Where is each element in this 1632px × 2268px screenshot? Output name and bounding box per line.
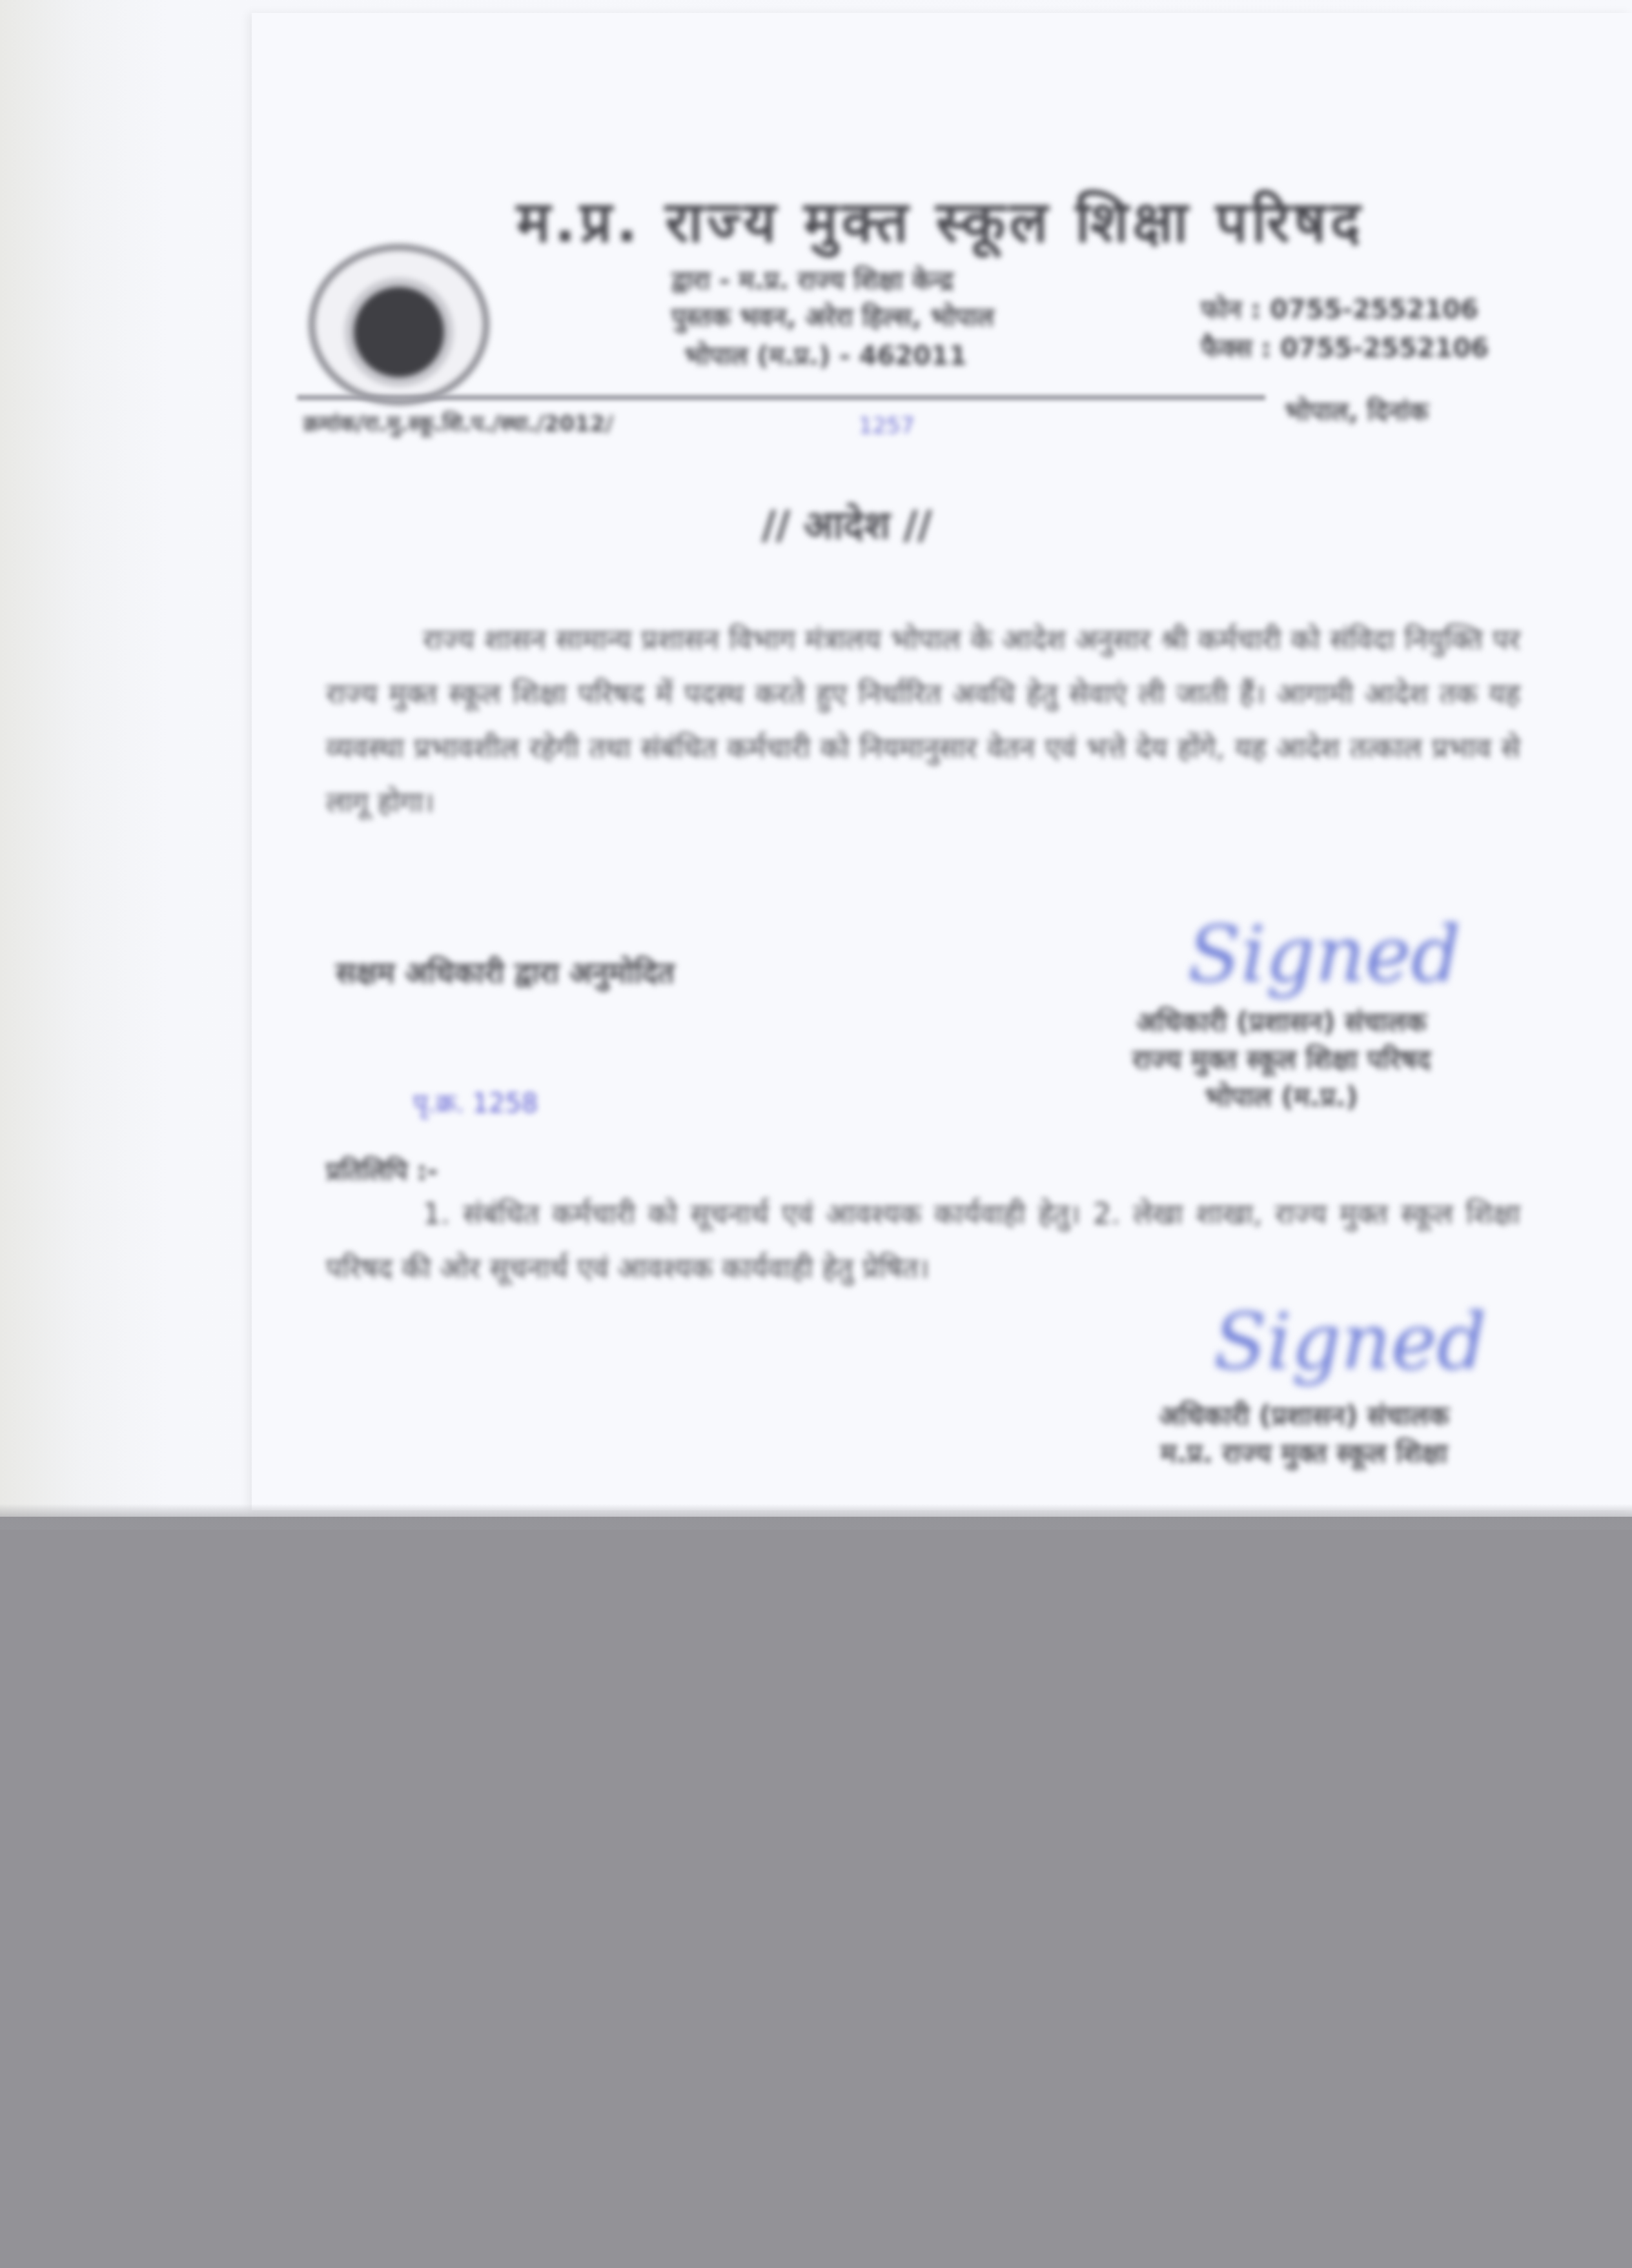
address-line-1: द्वारा - म.प्र. राज्य शिक्षा केन्द्र xyxy=(671,261,954,297)
order-body: राज्य शासन सामान्य प्रशासन विभाग मंत्राल… xyxy=(326,613,1520,830)
copy-label: प्रतिलिपि :- xyxy=(326,1152,438,1188)
address-line-2: पुस्तक भवन, अरेरा हिल्स, भोपाल xyxy=(671,298,994,334)
organization-emblem-icon xyxy=(309,244,489,405)
copy-section: 1. संबंधित कर्मचारी को सूचनार्थ एवं आवश्… xyxy=(326,1188,1520,1296)
reference-number: क्रमांक/रा.मु.स्कू.शि.प./स्था./2012/ xyxy=(303,408,613,438)
endorsement-number: पृ.क्र. 1258 xyxy=(413,1084,538,1120)
signatory-2-title: म.प्र. राज्य मुक्त स्कूल शिक्षा xyxy=(1097,1435,1511,1472)
contact-line-2: फैक्स : 0755-2552106 xyxy=(1201,329,1489,365)
signature-1: Signed xyxy=(1188,910,1461,1000)
page-edge-shadow xyxy=(0,1504,1632,1530)
approval-line: सक्षम अधिकारी द्वारा अनुमोदित xyxy=(336,952,675,992)
signatory-2-name: अधिकारी (प्रशासन) संचालक xyxy=(1097,1397,1511,1435)
reference-handwritten: 1257 xyxy=(859,413,915,439)
signatory-1-title: राज्य मुक्त स्कूल शिक्षा परिषद xyxy=(1072,1041,1491,1078)
signature-2: Signed xyxy=(1214,1297,1487,1387)
organization-title: म.प्र. राज्य मुक्त स्कूल शिक्षा परिषद xyxy=(516,181,1364,258)
contact-line-1: फोन : 0755-2552106 xyxy=(1201,290,1478,326)
header-divider xyxy=(297,395,1265,400)
signatory-1-location: भोपाल (म.प्र.) xyxy=(1072,1078,1491,1116)
date-label: भोपाल, दिनांक xyxy=(1285,392,1429,428)
address-line-3: भोपाल (म.प्र.) - 462011 xyxy=(684,337,967,372)
signatory-1-block: अधिकारी (प्रशासन) संचालक राज्य मुक्त स्क… xyxy=(1072,1004,1491,1116)
signatory-1-name: अधिकारी (प्रशासन) संचालक xyxy=(1072,1004,1491,1041)
signatory-2-block: अधिकारी (प्रशासन) संचालक म.प्र. राज्य मु… xyxy=(1097,1397,1511,1472)
body-paragraph: राज्य शासन सामान्य प्रशासन विभाग मंत्राल… xyxy=(326,613,1520,830)
copy-paragraph: 1. संबंधित कर्मचारी को सूचनार्थ एवं आवश्… xyxy=(326,1188,1520,1296)
order-heading: // आदेश // xyxy=(762,497,932,550)
